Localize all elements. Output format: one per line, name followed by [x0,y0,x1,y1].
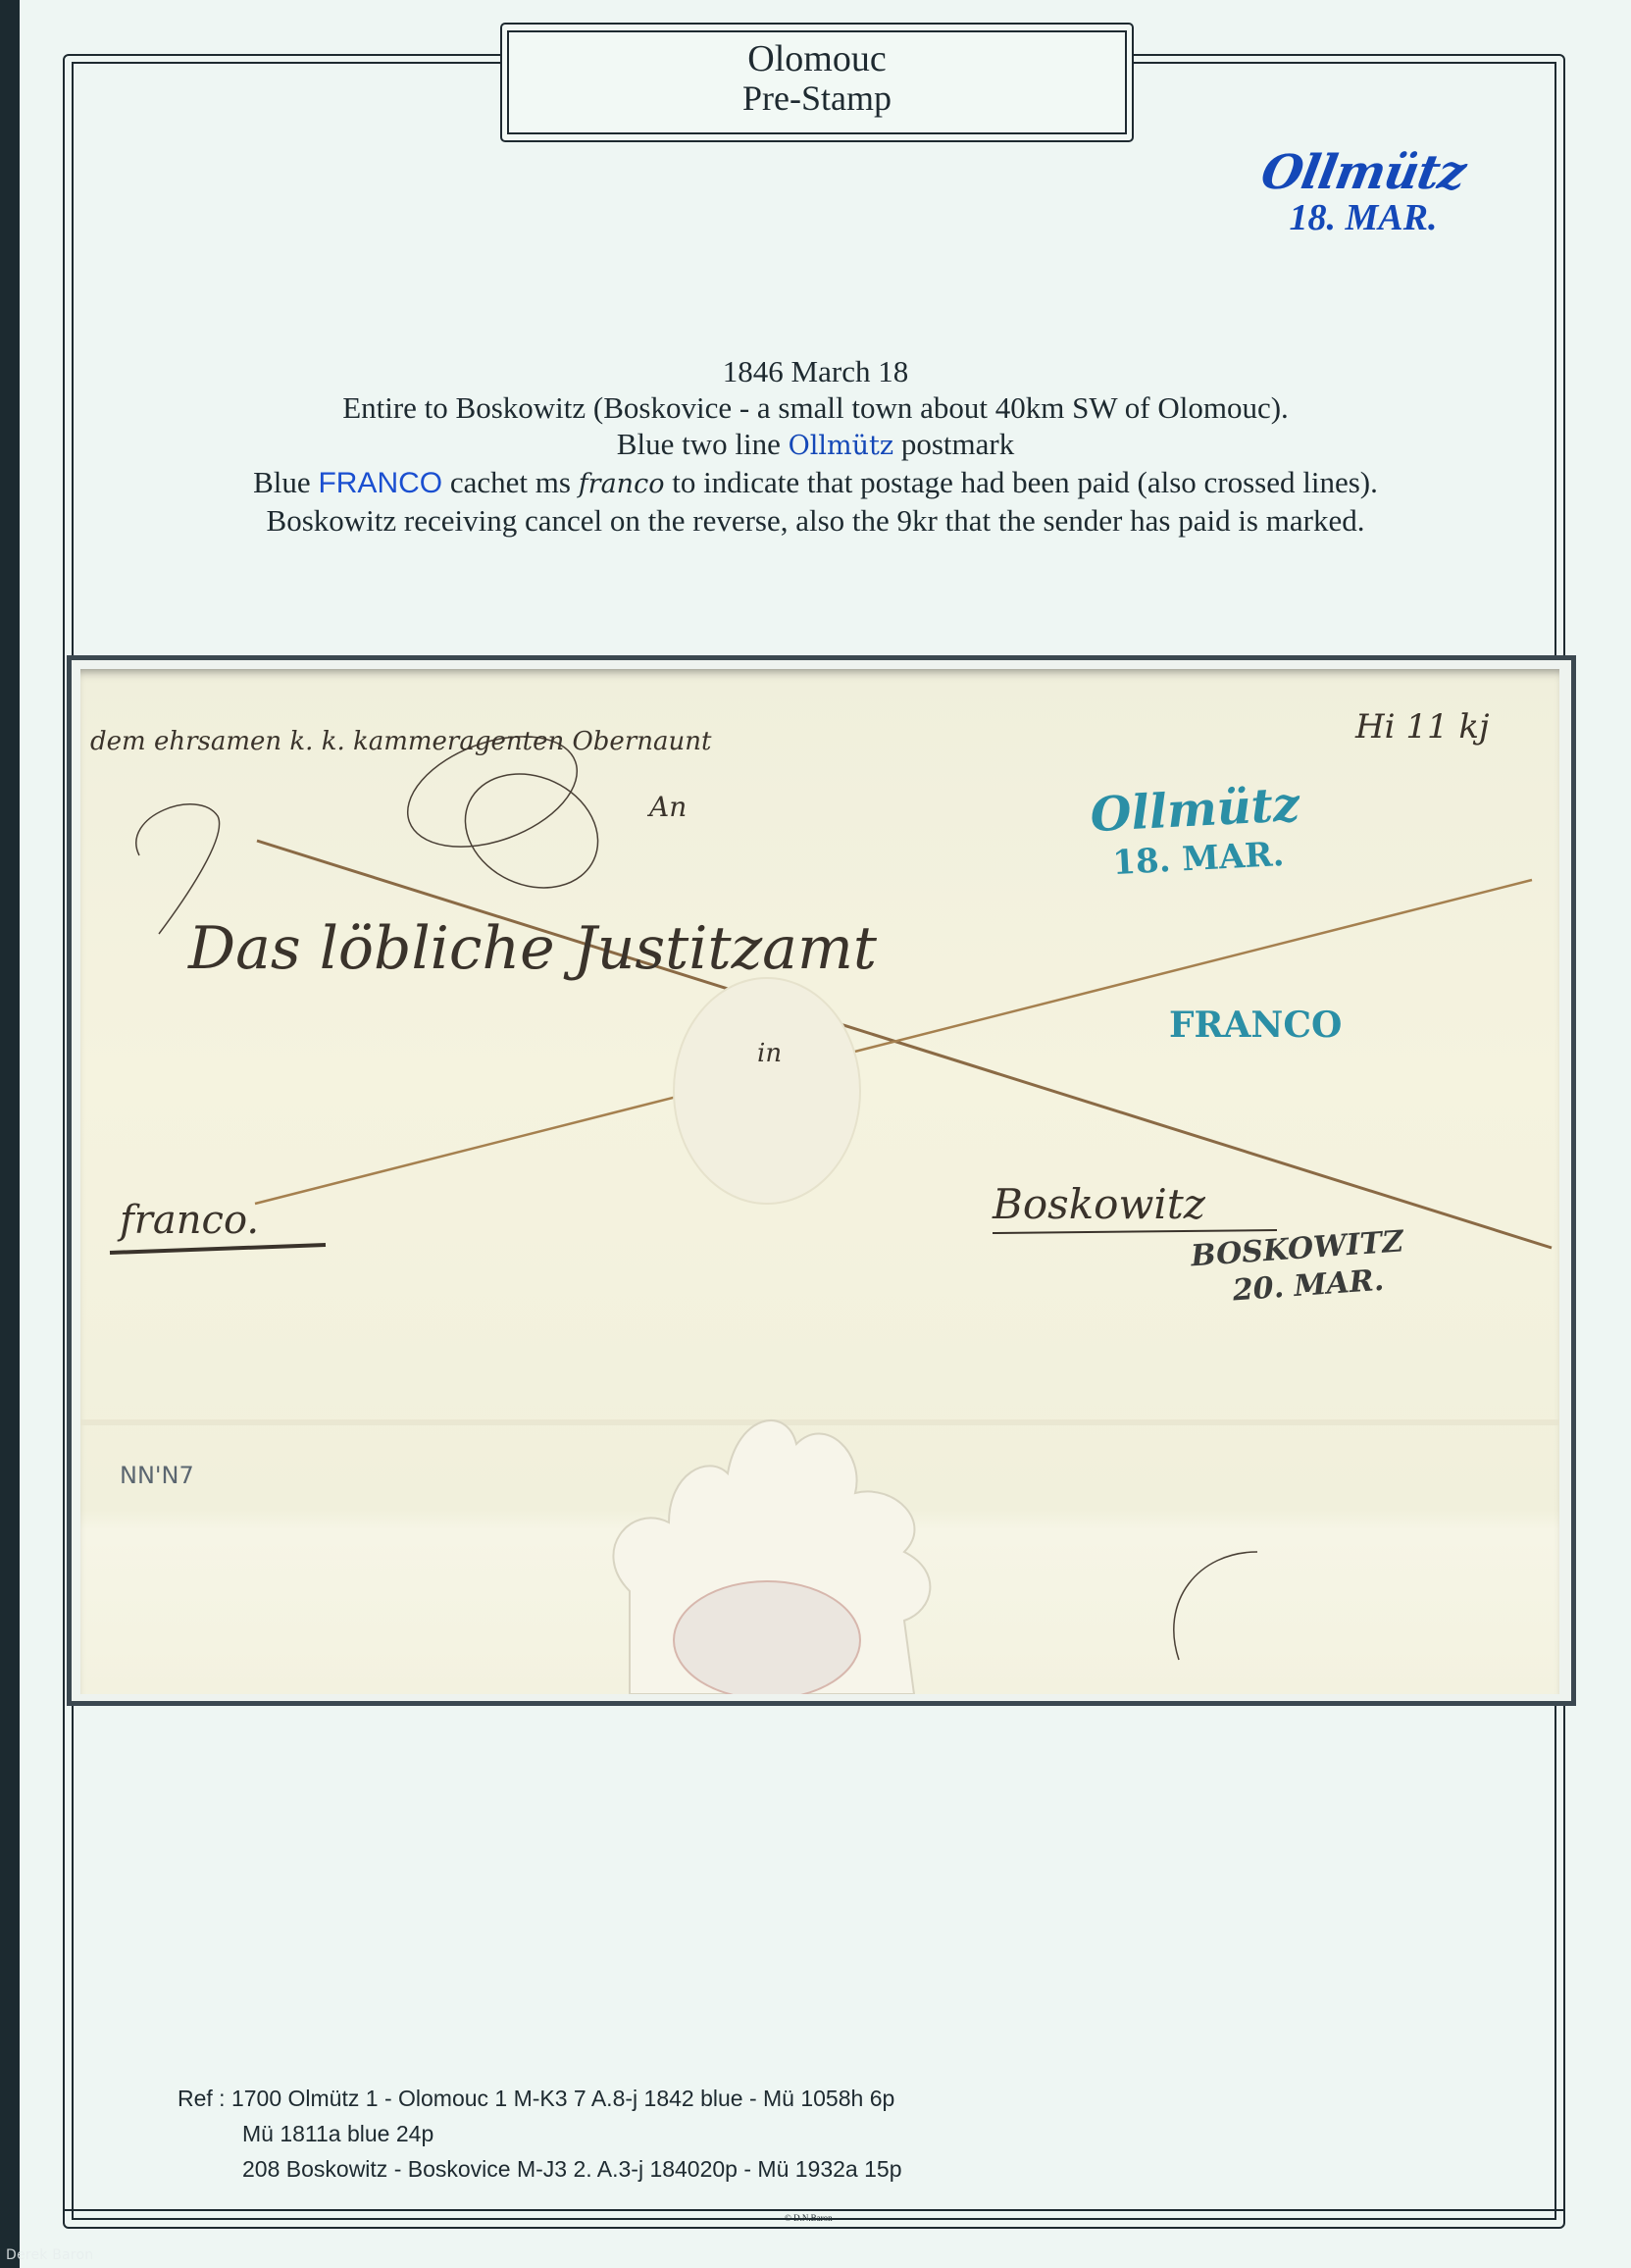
scan-edge-strip [0,0,20,2268]
copyright-notice: © D.N.Baron [785,2213,833,2223]
receiving-cancel: BOSKOWITZ 20. MAR. [1189,1224,1408,1311]
inline-franco-manuscript: franco [579,469,665,499]
inline-franco-cachet: FRANCO [318,467,442,499]
page-title: Olomouc [509,39,1125,78]
reference-line: Ref : 1700 Olmütz 1 - Olomouc 1 M-K3 7 A… [178,2081,901,2116]
handwritten-destination: Boskowitz [992,1180,1206,1228]
handwritten-top-note: dem ehrsamen k. k. kammeragenten Obernau… [90,727,712,756]
description-block: 1846 March 18 Entire to Boskowitz (Bosko… [78,353,1553,539]
description-line-franco: Blue FRANCO cachet ms franco to indicate… [78,464,1553,502]
handwritten-address: Das löbliche Justitzamt [187,914,878,983]
title-box-inner: Olomouc Pre-Stamp [507,30,1127,134]
handwritten-an: An [646,791,687,823]
description-line-postmark: Blue two line Ollmütz postmark [78,426,1553,464]
svg-text:20. MAR.: 20. MAR. [1231,1263,1386,1309]
reference-line: Mü 1811a blue 24p [178,2116,901,2151]
handwritten-corner-note: Hi 11 kj [1354,707,1490,747]
entire-letter-image: dem ehrsamen k. k. kammeragenten Obernau… [80,669,1559,1694]
postmark-illustration: Ollmütz 18. MAR. [1216,147,1510,237]
reference-line: 208 Boskowitz - Boskovice M-J3 2. A.3-j … [178,2151,901,2187]
postmark-illustration-date: 18. MAR. [1216,198,1510,237]
page-subtitle: Pre-Stamp [509,78,1125,118]
postmark-illustration-town: Ollmütz [1211,147,1514,198]
description-line-receiving: Boskowitz receiving cancel on the revers… [78,502,1553,539]
letter-drawing: dem ehrsamen k. k. kammeragenten Obernau… [80,669,1559,1694]
description-date: 1846 March 18 [78,353,1553,389]
svg-text:Ollmütz: Ollmütz [1089,777,1302,843]
description-line-destination: Entire to Boskowitz (Boskovice - a small… [78,389,1553,426]
footer-rule-upper [63,2209,1565,2211]
handwritten-franco: franco. [117,1198,259,1243]
wax-seal [674,1581,860,1694]
handwritten-in: in [757,1039,782,1068]
references-block: Ref : 1700 Olmütz 1 - Olomouc 1 M-K3 7 A… [178,2081,901,2187]
inline-postmark-name: Ollmütz [789,431,893,461]
watermark: Derek Baron [6,2247,93,2263]
franco-cachet-on-letter: FRANCO [1169,1005,1342,1046]
svg-text:18. MAR.: 18. MAR. [1111,835,1285,883]
pencil-note: NN'N7 [120,1462,194,1489]
origin-postmark-on-letter: Ollmütz 18. MAR. [1089,777,1304,884]
cross-line-1 [257,841,1552,1248]
